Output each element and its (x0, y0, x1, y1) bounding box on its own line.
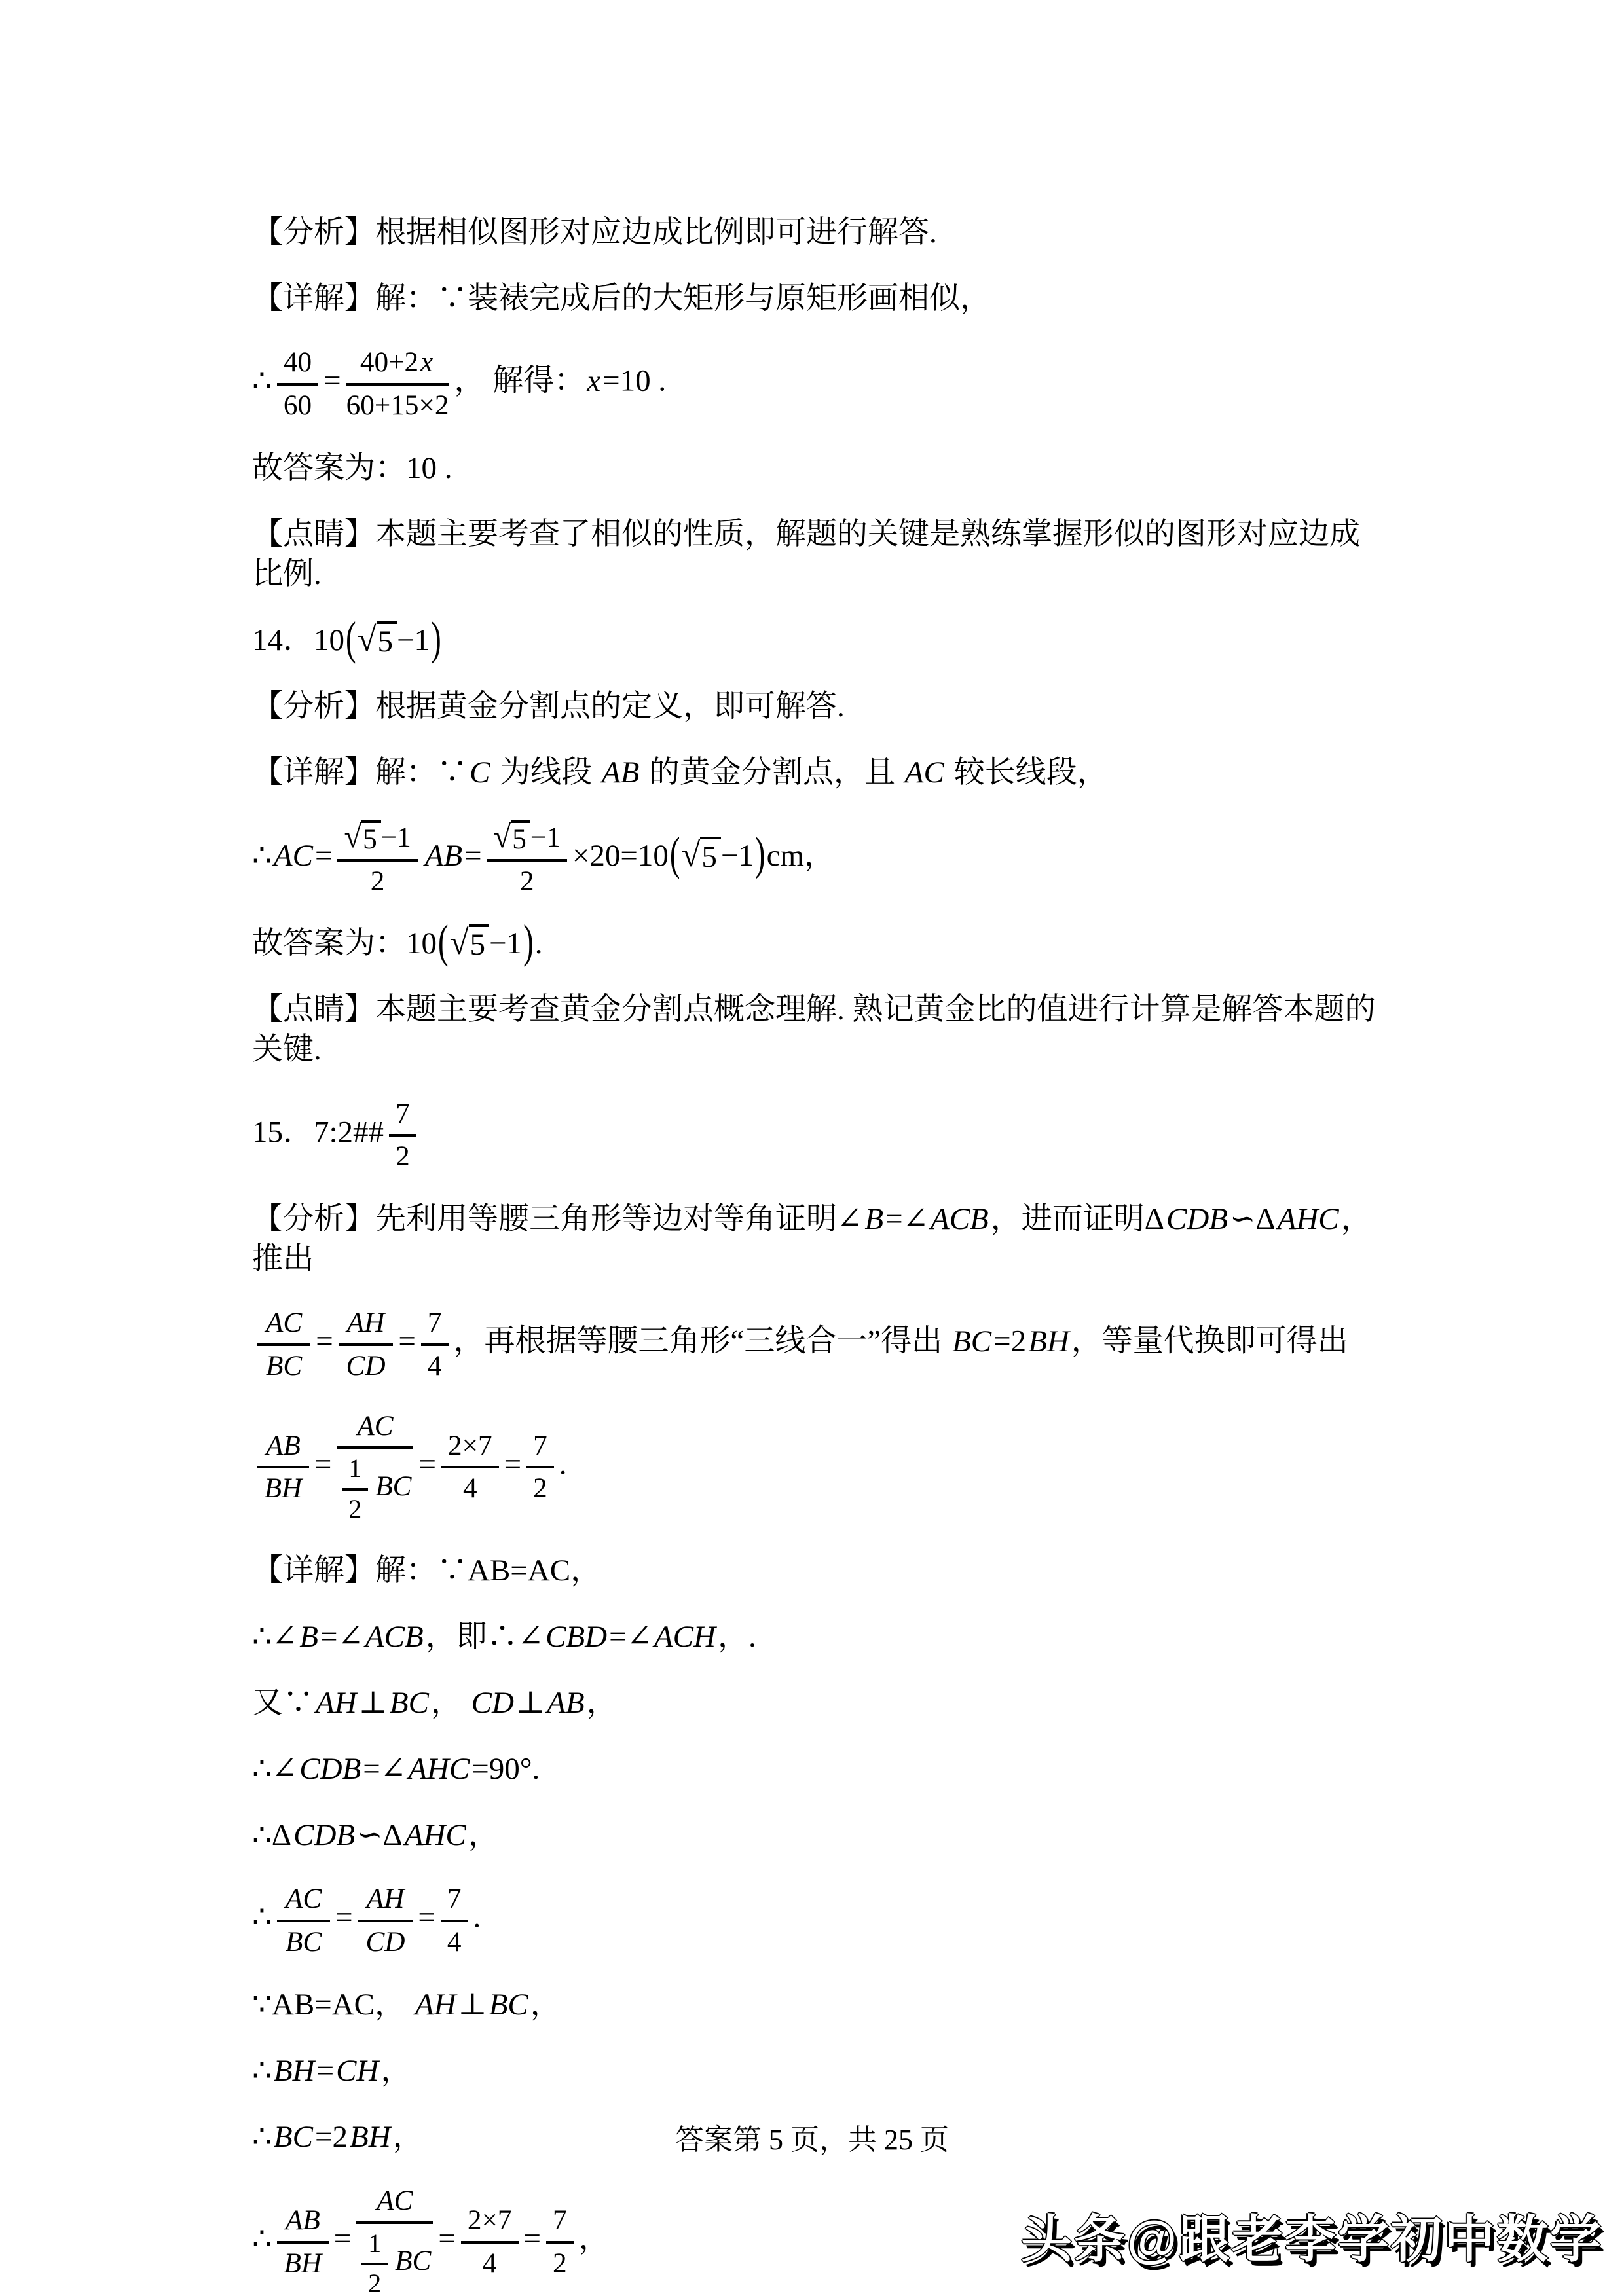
text-run: = (334, 2221, 352, 2255)
watermark: 头条@跟老李学初中数学 (1021, 2198, 1603, 2272)
text-run: 7 (533, 1430, 547, 1461)
text-run: 7 (428, 1307, 442, 1338)
numerator: 7 (546, 2203, 574, 2244)
denominator: 2 (546, 2244, 574, 2280)
fraction: AC12BC (356, 2183, 433, 2296)
q15-step5: ∴ACBC=AHCD=74. (252, 1882, 1378, 1958)
radical-sign-icon: √ (344, 821, 361, 854)
text-run: ∴ (252, 1901, 272, 1935)
numerator: 40+2x (346, 345, 449, 386)
numerator: 1 (342, 1453, 368, 1491)
numerator: 7 (389, 1097, 416, 1137)
text-run: = (398, 1324, 416, 1358)
denominator: 2 (487, 862, 567, 898)
text-run: 较长线段， (946, 756, 1108, 790)
math-var: CD (363, 1926, 407, 1958)
sqrt-radical: √5 (344, 820, 380, 854)
q15-step7: ∴BH=CH， (252, 2051, 1378, 2091)
text-run: 60 (284, 390, 312, 421)
q14-analysis: 【分析】根据黄金分割点的定义，即可解答. (252, 687, 1378, 727)
text-run: 2 (533, 1472, 547, 1504)
q15-analysis-eq1: ACBC=AHCD=74，再根据等腰三角形“三线合一”得出 BC=2BH，等量代… (252, 1305, 1378, 1382)
math-var: BC (264, 1350, 304, 1381)
math-var: AC (355, 1410, 395, 1442)
text-run: 【详解】解：∵ (252, 756, 468, 790)
text-run: ∴Δ (252, 1818, 291, 1852)
numerator: AH (339, 1305, 394, 1346)
numerator: 2×7 (461, 2203, 519, 2244)
math-var: CBD (544, 1620, 609, 1654)
radical-sign-icon: √ (358, 622, 377, 658)
math-var: AH (413, 1988, 458, 2022)
text-run: ⊥ (516, 1686, 545, 1720)
text-run: −1 (721, 839, 754, 873)
text-run: ， (579, 2221, 610, 2255)
text-run: 4 (483, 2248, 497, 2279)
fraction: 12 (361, 2228, 388, 2296)
math-var: CDB (291, 1818, 357, 1852)
math-var: AH (365, 1883, 407, 1914)
text-run: 4 (428, 1350, 442, 1381)
denominator: CD (358, 1922, 413, 1959)
text-run: 14．10 (252, 623, 344, 657)
math-var: B (862, 1202, 885, 1236)
text-run: =∠ (320, 1620, 363, 1654)
denominator: BC (257, 1346, 310, 1383)
math-var: BC (284, 1926, 323, 1958)
q14-detail: 【详解】解：∵C 为线段 AB 的黄金分割点，且 AC 较长线段， (252, 753, 1378, 793)
fraction: 40+2x60+15×2 (346, 345, 449, 422)
math-var: AB (423, 839, 464, 873)
math-var: AC (375, 2185, 415, 2216)
text-run: =∠ (609, 1620, 652, 1654)
text-run: 又∵ (252, 1686, 314, 1720)
page-footer: 答案第 5 页，共 25 页 (0, 2116, 1624, 2158)
radicand: 5 (469, 924, 490, 961)
text-run: 【分析】根据黄金分割点的定义，即可解答. (252, 689, 845, 723)
math-var: BH (272, 2054, 317, 2088)
fraction: ACBC (257, 1305, 310, 1382)
fraction: 72 (389, 1097, 416, 1173)
text-run: 故答案为：10 (252, 926, 437, 960)
q13-note: 【点睛】本题主要考查了相似的性质，解题的关键是熟练掌握形似的图形对应边成比例. (252, 515, 1378, 594)
numerator: AB (257, 1429, 309, 1469)
fraction: AC12BC (337, 1409, 413, 1525)
denominator: 4 (421, 1346, 449, 1383)
text-run: =90°. (471, 1752, 540, 1786)
text-run: 为线段 (492, 756, 600, 790)
fraction: ACBC (277, 1882, 330, 1958)
numerator: AC (277, 1882, 330, 1922)
math-var: AC (284, 1883, 323, 1914)
q15-step4: ∴ΔCDB∽ΔAHC， (252, 1815, 1378, 1855)
fraction: 72 (546, 2203, 574, 2280)
text-run: 【点睛】本题主要考查了相似的性质，解题的关键是熟练掌握形似的图形对应边成比例. (252, 517, 1360, 591)
numerator: AC (337, 1409, 413, 1449)
numerator: 40 (277, 345, 318, 386)
text-run: = (314, 1447, 332, 1481)
text-run: 4 (463, 1472, 477, 1504)
fraction: 72 (526, 1429, 554, 1505)
math-var: x (585, 364, 602, 398)
radical-sign-icon: √ (494, 821, 511, 854)
math-var: AB (264, 1430, 303, 1461)
text-run: ， (431, 1686, 470, 1720)
q13-answer: 故答案为：10 . (252, 448, 1378, 488)
numerator: AC (356, 2183, 433, 2224)
text-run: 【详解】解：∵装裱完成后的大矩形与原矩形画相似， (252, 282, 991, 316)
text-run: −1 (397, 623, 430, 657)
text-run: =10 . (602, 364, 666, 398)
text-run: 1 (368, 2229, 381, 2258)
text-run: ， (380, 2054, 411, 2088)
text-run: 2×7 (448, 1430, 492, 1461)
text-run: 7 (553, 2204, 567, 2236)
math-var: AHC (403, 1818, 468, 1852)
numerator: AB (277, 2203, 329, 2244)
text-run: ∴∠ (252, 1752, 297, 1786)
text-run: ∴ (252, 2054, 272, 2088)
math-var: ACH (652, 1620, 718, 1654)
math-var: AH (314, 1686, 359, 1720)
text-run: 1 (348, 1454, 361, 1483)
text-run: 7 (396, 1098, 410, 1129)
q14-equation: ∴AC=√5−12AB=√5−12×20=10(√5−1)cm， (252, 819, 1378, 898)
math-var: BH (282, 2248, 324, 2279)
text-run: . (559, 1447, 567, 1481)
text-run: ∴ (252, 364, 272, 398)
numerator: AH (358, 1882, 413, 1922)
q14-note: 【点睛】本题主要考查黄金分割点概念理解. 熟记黄金比的值进行计算是解答本题的关键… (252, 990, 1378, 1070)
text-run: ∽Δ (357, 1818, 403, 1852)
text-run: 7 (447, 1883, 462, 1914)
math-var: ACB (929, 1202, 991, 1236)
denominator: 12BC (356, 2224, 433, 2296)
numerator: 7 (421, 1305, 449, 1346)
math-var: B (297, 1620, 320, 1654)
q15-analysis-eq2: ABBH=AC12BC=2×74=72. (252, 1409, 1378, 1525)
math-var: CDB (297, 1752, 363, 1786)
text-run: ∴∠ (252, 1620, 297, 1654)
denominator: 60 (277, 386, 318, 422)
text-run: 60+15×2 (346, 390, 449, 421)
math-var: BC (950, 1324, 993, 1358)
radicand: 5 (377, 621, 397, 658)
fraction: 4060 (277, 345, 318, 422)
text-run: =∠ (885, 1202, 929, 1236)
text-run: 15．7:2## (252, 1115, 384, 1149)
math-var: CH (334, 2054, 380, 2088)
text-run: ， (468, 1818, 499, 1852)
text-run: ， (587, 1686, 618, 1720)
text-run: cm， (767, 839, 835, 873)
q14-answer: 故答案为：10(√5−1). (252, 924, 1378, 964)
q15-step3: ∴∠CDB=∠AHC=90°. (252, 1749, 1378, 1789)
text-run: 【分析】先利用等腰三角形等边对等角证明∠ (252, 1202, 862, 1236)
left-paren: ( (346, 610, 356, 670)
text-run: 2 (520, 866, 534, 897)
text-run: ∴ (252, 839, 272, 873)
text-run: −1 (530, 822, 561, 853)
text-run: . (535, 926, 543, 960)
denominator: 4 (461, 2244, 519, 2280)
denominator: BH (257, 1468, 309, 1505)
denominator: 2 (526, 1468, 554, 1505)
left-paren: ( (438, 913, 449, 973)
math-var: BC (393, 2245, 433, 2276)
text-run: ，进而证明Δ (991, 1202, 1164, 1236)
text-run: 的黄金分割点，且 (641, 756, 903, 790)
text-run: = (418, 1901, 435, 1935)
denominator: CD (339, 1346, 394, 1383)
text-run: 2 (396, 1140, 410, 1172)
denominator: 2 (361, 2265, 388, 2296)
text-run: . (473, 1901, 481, 1935)
denominator: 60+15×2 (346, 386, 449, 422)
text-run: 故答案为：10 . (252, 451, 452, 485)
denominator: 12BC (337, 1449, 413, 1524)
left-paren: ( (670, 825, 680, 885)
fraction: 2×74 (441, 1429, 499, 1505)
text-run: =2 (993, 1324, 1026, 1358)
math-var: AB (600, 756, 641, 790)
text-run: ，. (718, 1620, 756, 1654)
denominator: BH (277, 2244, 329, 2280)
text-run: = (438, 2221, 456, 2255)
radical-sign-icon: √ (682, 837, 701, 873)
text-run: ，即∴∠ (426, 1620, 544, 1654)
math-var: CDB (1164, 1202, 1230, 1236)
text-run: 【分析】根据相似图形对应边成比例即可进行解答. (252, 215, 937, 249)
numerator: AC (257, 1305, 310, 1346)
q15-step2: 又∵AH⊥BC， CD⊥AB， (252, 1683, 1378, 1723)
text-run: 4 (447, 1926, 462, 1958)
text-run: = (464, 839, 482, 873)
right-paren: ) (755, 825, 766, 885)
text-run: = (504, 1447, 522, 1481)
q15-step1: ∴∠B=∠ACB，即∴∠CBD=∠ACH，. (252, 1617, 1378, 1657)
math-var: CD (344, 1350, 388, 1381)
math-var: AB (545, 1686, 586, 1720)
numerator: √5−1 (487, 819, 567, 861)
math-var: AHC (1276, 1202, 1341, 1236)
denominator: 4 (441, 1922, 468, 1959)
numerator: 7 (441, 1882, 468, 1922)
text-run: 2 (368, 2269, 381, 2296)
fraction: AHCD (339, 1305, 394, 1382)
fraction: 74 (421, 1305, 449, 1382)
math-var: AHC (406, 1752, 471, 1786)
q13-analysis: 【分析】根据相似图形对应边成比例即可进行解答. (252, 213, 1378, 253)
text-run: 2 (348, 1495, 361, 1523)
right-paren: ) (431, 610, 441, 670)
denominator: 2 (389, 1137, 416, 1173)
text-run: ⊥ (458, 1988, 487, 2022)
math-var: BH (263, 1472, 304, 1504)
text-run: 40+2 (360, 346, 418, 378)
radicand: 5 (361, 820, 381, 854)
text-run: ⊥ (359, 1686, 388, 1720)
q15-answer-line: 15．7:2##72 (252, 1097, 1378, 1173)
math-var: ACB (363, 1620, 426, 1654)
math-var: C (468, 756, 492, 790)
numerator: 1 (361, 2228, 388, 2266)
radical-sign-icon: √ (450, 925, 469, 961)
text-run: = (418, 1447, 436, 1481)
text-run: = (315, 839, 333, 873)
math-var: BH (1026, 1324, 1071, 1358)
text-run: = (316, 1324, 333, 1358)
text-run: ， (530, 1988, 561, 2022)
text-run: = (524, 2221, 542, 2255)
radicand: 5 (511, 820, 530, 854)
text-run: −1 (489, 926, 522, 960)
text-run: ×20=10 (572, 839, 669, 873)
fraction: √5−12 (337, 819, 417, 898)
radicand: 5 (700, 837, 721, 873)
denominator: 2 (337, 862, 417, 898)
denominator: 4 (441, 1468, 499, 1505)
text-run: =∠ (363, 1752, 406, 1786)
q15-analysis: 【分析】先利用等腰三角形等边对等角证明∠B=∠ACB，进而证明ΔCDB∽ΔAHC… (252, 1199, 1378, 1279)
sqrt-radical: √5 (494, 820, 530, 854)
sqrt-radical: √5 (682, 837, 721, 873)
text-run: 【详解】解：∵AB=AC， (252, 1554, 601, 1588)
text-run: = (323, 364, 341, 398)
q15-step6: ∵AB=AC， AH⊥BC， (252, 1985, 1378, 2025)
math-var: AH (345, 1307, 387, 1338)
numerator: 7 (526, 1429, 554, 1469)
math-var: AC (903, 756, 946, 790)
text-run: 40 (284, 346, 312, 378)
text-run: −1 (381, 822, 411, 853)
text-run: 2 (553, 2248, 567, 2279)
text-run: 【点睛】本题主要考查黄金分割点概念理解. 熟记黄金比的值进行计算是解答本题的关键… (252, 993, 1376, 1066)
text-run: ，等量代换即可得出 (1071, 1324, 1348, 1358)
text-run: ∴ (252, 2221, 272, 2255)
q14-answer-line: 14．10(√5−1) (252, 621, 1378, 661)
denominator: 2 (342, 1491, 368, 1525)
math-var: AC (272, 839, 315, 873)
math-var: x (418, 346, 435, 378)
text-run: ∽Δ (1230, 1202, 1276, 1236)
fraction: √5−12 (487, 819, 567, 898)
denominator: BC (277, 1922, 330, 1959)
sqrt-radical: √5 (358, 621, 397, 658)
fraction: 12 (342, 1453, 368, 1524)
numerator: 2×7 (441, 1429, 499, 1469)
right-paren: ) (523, 913, 534, 973)
q13-equation: ∴4060=40+2x60+15×2， 解得：x=10 . (252, 345, 1378, 422)
text-run: 2×7 (468, 2204, 512, 2236)
text-run: = (335, 1901, 353, 1935)
fraction: ABBH (277, 2203, 329, 2280)
fraction: AHCD (358, 1882, 413, 1958)
math-var: AB (284, 2204, 322, 2236)
numerator: √5−1 (337, 819, 417, 861)
fraction: 2×74 (461, 2203, 519, 2280)
math-var: BC (388, 1686, 431, 1720)
math-var: BC (487, 1988, 530, 2022)
text-run: ，再根据等腰三角形“三线合一”得出 (454, 1324, 950, 1358)
fraction: 74 (441, 1882, 468, 1958)
q13-detail: 【详解】解：∵装裱完成后的大矩形与原矩形画相似， (252, 279, 1378, 319)
math-var: AC (264, 1307, 304, 1338)
sqrt-radical: √5 (450, 924, 489, 961)
text-run: = (317, 2054, 335, 2088)
text-run: 2 (371, 866, 385, 897)
document-body: 【分析】根据相似图形对应边成比例即可进行解答.【详解】解：∵装裱完成后的大矩形与… (0, 0, 1624, 2296)
text-run: ∵AB=AC， (252, 1988, 413, 2022)
q15-detail: 【详解】解：∵AB=AC， (252, 1551, 1378, 1591)
fraction: ABBH (257, 1429, 309, 1505)
math-var: CD (470, 1686, 516, 1720)
text-run: ， 解得： (454, 364, 585, 398)
math-var: BC (373, 1470, 413, 1502)
